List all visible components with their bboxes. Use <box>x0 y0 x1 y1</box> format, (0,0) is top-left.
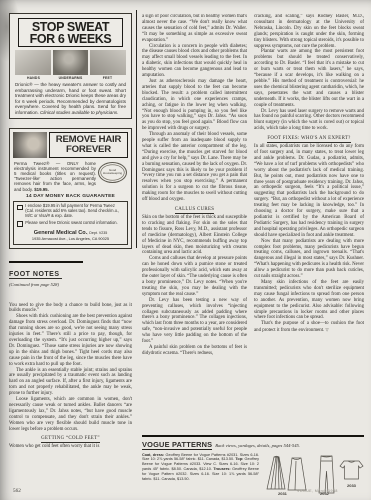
article-paragraph: cracking, and scaling,” says Rodney Basl… <box>254 14 364 49</box>
article-title: FOOT NOTES <box>9 270 62 279</box>
end-of-article-icon: ▽ <box>325 327 328 332</box>
vogue-patterns-title: VOGUE PATTERNS <box>142 440 212 451</box>
crosshead-foot-fixes: FOOT FIXES: WHO'S AN EXPERT? <box>254 136 364 141</box>
feet-photo <box>90 50 126 75</box>
caption-lead-coat-dress: Coat, dress: <box>142 453 164 457</box>
article-paragraph: Women who get cold feet often worry that… <box>9 444 132 450</box>
caption-lead-trousers: Trousers: <box>213 467 230 471</box>
company-address: 1935 Armacost Ave., Los Angeles, CA 9002… <box>17 237 124 242</box>
article-paragraph: Shoes with thick cushioning are the best… <box>9 314 132 367</box>
article-paragraph: Plantar warts are among the most persist… <box>254 49 364 108</box>
remove-hair-ad: REMOVE HAIR FOREVER Good Housekeeping Pe… <box>9 128 132 249</box>
vogue-patterns-subtitle: Back views, yardages, details, pages 544… <box>215 443 300 448</box>
remove-hair-title: REMOVE HAIR FOREVER <box>49 132 128 158</box>
hands-label: HANDS <box>15 76 52 80</box>
stop-sweat-photos <box>15 50 126 75</box>
crosshead-callus-cures-text: CALLUS CURES <box>175 207 215 214</box>
article-paragraph: Skin on the bottom of the feet is thick … <box>142 215 247 256</box>
article-paragraph: In all states, podiatrists can be licens… <box>254 144 364 239</box>
perma-tweez-price: $19.95. <box>34 187 49 192</box>
sketch-label-2033: 2033 <box>347 483 356 488</box>
coupon-option-payment-text: I enclose $19.95 in full payment for Per… <box>25 204 124 219</box>
article-paragraph: Through an anomaly of their blood vessel… <box>142 132 247 203</box>
article-paragraph: Now that many podiatrists are dealing wi… <box>254 239 364 280</box>
stop-sweat-ad: STOP SWEAT FOR 6 WEEKS HANDS UNDERARMS F… <box>9 13 132 119</box>
remove-hair-title-line2: FOREVER <box>50 145 127 155</box>
section-rule <box>9 261 83 263</box>
stop-sweat-ad-title: STOP SWEAT FOR 6 WEEKS <box>18 18 123 47</box>
article-paragraph: Circulation is a concern in people with … <box>142 44 247 79</box>
remove-hair-body-text: Perma Tweez® — ONLY home electrolysis in… <box>14 161 96 192</box>
article-paragraph: Just as atherosclerosis may damage the h… <box>142 79 247 132</box>
underarms-label: UNDERARMS <box>52 76 89 80</box>
article-paragraph: A painful skin problem on the bottoms of… <box>142 345 247 357</box>
sketch-label-2031: 2031 <box>278 491 287 496</box>
good-housekeeping-seal-icon: Good Housekeeping <box>98 162 127 183</box>
article-paragraph: Corns and calluses that develop at press… <box>142 256 247 297</box>
coupon-option-payment: I enclose $19.95 in full payment for Per… <box>17 204 124 219</box>
hands-photo <box>15 50 51 75</box>
checkbox-icon[interactable] <box>17 221 23 227</box>
right-column: cracking, and scaling,” says Rodney Basl… <box>254 14 364 426</box>
caption-lead-top: Top: <box>235 457 243 461</box>
stop-sweat-title-line1: STOP SWEAT <box>19 21 122 33</box>
pattern-caption: Coat, dress: Geoffrey Beene for Vogue Pa… <box>142 453 259 499</box>
coupon-option-info-text: Please send free Drionic sweat control i… <box>25 221 117 227</box>
article-paragraph: You need to give the body a chance to bu… <box>9 303 132 315</box>
magazine-footer: VOGUE, March 1988 <box>297 489 338 493</box>
article-paragraph: Dr. Levy has used laser surgery to remov… <box>254 109 364 133</box>
article-paragraph: That's the purpose of a shoe—to cushion … <box>254 321 364 334</box>
section-rule <box>142 435 364 437</box>
stop-sweat-title-line2: FOR 6 WEEKS <box>19 33 122 45</box>
magazine-page: STOP SWEAT FOR 6 WEEKS HANDS UNDERARMS F… <box>0 0 371 500</box>
underarms-photo <box>53 50 89 75</box>
crosshead-cold-feet: GETTING “COLD FEET” <box>9 436 132 441</box>
remove-hair-body: Good Housekeeping Perma Tweez® — ONLY ho… <box>14 161 127 192</box>
stop-sweat-body-italic: Clinical studies available to physicians… <box>40 110 118 115</box>
crosshead-cold-feet-text: GETTING “COLD FEET” <box>41 436 100 443</box>
article-paragraph-text: That's the purpose of a shoe—to cushion … <box>254 321 364 333</box>
vogue-patterns-header: VOGUE PATTERNS Back views, yardages, det… <box>142 440 364 451</box>
checkbox-icon[interactable] <box>17 205 23 211</box>
coupon-option-info: Please send free Drionic sweat control i… <box>17 221 124 227</box>
crosshead-foot-fixes-text: FOOT FIXES: WHO'S AN EXPERT? <box>267 136 350 143</box>
company-dept: , Dept. V235 <box>87 231 107 235</box>
page-number: 562 <box>13 488 21 494</box>
money-back-guarantee: 14 DAY MONEY BACK GUARANTEE <box>13 194 128 199</box>
article-paragraph: Many skin infections of the feet are eas… <box>254 280 364 321</box>
continued-note: (Continued from page 528) <box>9 282 132 287</box>
column-divider <box>136 10 137 248</box>
stop-sweat-photo-labels: HANDS UNDERARMS FEET <box>15 76 126 80</box>
foot-notes-section: FOOT NOTES (Continued from page 528) You… <box>9 261 132 451</box>
order-coupon: I enclose $19.95 in full payment for Per… <box>13 201 128 245</box>
stop-sweat-body: Drionic® — the heavy sweater's answer to… <box>15 82 126 115</box>
article-paragraph: Dr. Levy has been testing a new way of p… <box>142 298 247 345</box>
remove-hair-header: REMOVE HAIR FOREVER <box>13 132 128 158</box>
feet-label: FEET <box>89 76 126 80</box>
middle-column: a sign of poor circulation, but in healt… <box>142 14 247 430</box>
crosshead-callus-cures: CALLUS CURES <box>142 207 247 212</box>
left-column: STOP SWEAT FOR 6 WEEKS HANDS UNDERARMS F… <box>9 13 132 450</box>
article-paragraph: The ankle is an essentially stable joint… <box>9 368 132 398</box>
woman-face-photo <box>13 132 47 158</box>
article-paragraph: Loose ligaments, which are common in wom… <box>9 397 132 432</box>
article-paragraph: a sign of poor circulation, but in healt… <box>142 14 247 44</box>
